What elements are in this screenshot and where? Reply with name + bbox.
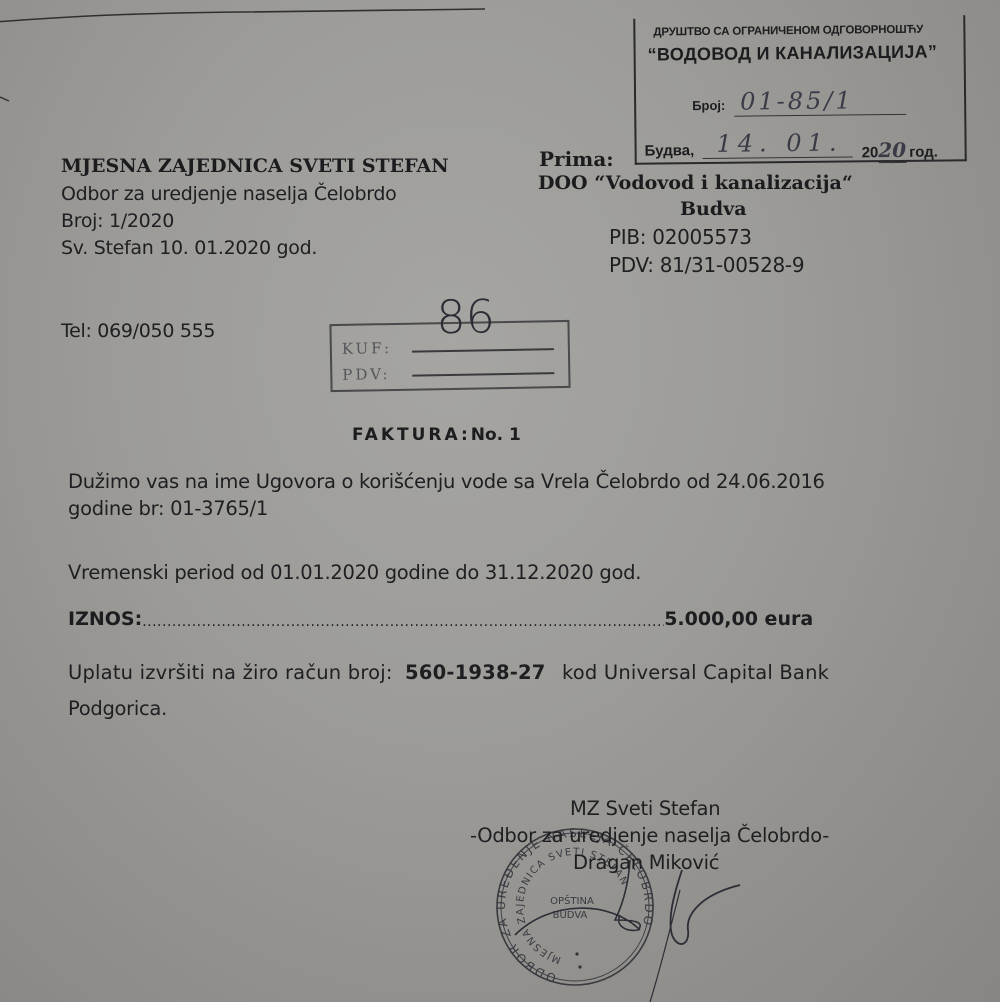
invoice-amount-row: IZNOS:..................................…: [68, 608, 813, 630]
stamp-year-unit: год.: [909, 144, 938, 161]
recipient-city: Budva: [680, 198, 747, 220]
sender-committee: Odbor za uredjenje naselja Čelobrdo: [61, 183, 397, 205]
sender-number: Broj: 1/2020: [61, 210, 174, 232]
stamp-place-label: Будва,: [645, 142, 695, 160]
kuf-label: KUF:: [342, 339, 393, 358]
invoice-title: FAKTURA:No. 1: [352, 425, 521, 445]
amount-dot-leader: ........................................…: [142, 614, 664, 630]
account-number: 560-1938-27: [405, 661, 546, 684]
payment-line: Uplatu izvršiti na žiro račun broj: 560-…: [68, 661, 829, 684]
stamp-year: 2020год.: [862, 138, 938, 163]
pdv-label: PDV:: [342, 365, 391, 384]
stamp-date-value: 14. 01.: [716, 129, 842, 158]
invoice-period: Vremenski period od 01.01.2020 godine do…: [68, 561, 641, 584]
recipient-name: DOO “Vodovod i kanalizacija“: [538, 172, 853, 194]
recipient-pib: PIB: 02005573: [609, 225, 752, 249]
kuf-underline: [412, 348, 554, 352]
sender-phone: Tel: 069/050 555: [61, 320, 215, 342]
pdv-underline: [412, 372, 554, 376]
payment-prefix: Uplatu izvršiti na žiro račun broj:: [68, 661, 393, 684]
kuf-value: 86: [436, 289, 495, 344]
payment-suffix: kod Universal Capital Bank: [562, 661, 829, 684]
stamp-year-suffix: 20: [878, 138, 906, 163]
signature-line1: MZ Sveti Stefan: [570, 797, 720, 820]
stamp-number-value: 01-85/1: [740, 86, 854, 115]
paper-mark: [0, 95, 12, 105]
payment-city: Podgorica.: [68, 697, 167, 720]
stamp-company-name: “ВОДОВОД И КАНАЛИЗАЦИЈА”: [648, 42, 938, 66]
sender-place-date: Sv. Stefan 10. 01.2020 god.: [61, 237, 317, 259]
amount-label: IZNOS:: [68, 608, 142, 630]
received-stamp: ДРУШТВО СА ОГРАНИЧЕНОМ ОДГОВОРНОШЋУ “ВОД…: [633, 15, 967, 164]
recipient-pdv: PDV: 81/31-00528-9: [609, 253, 804, 277]
handwritten-signature: [590, 860, 760, 1002]
seal-center-line1: OPŠTINA: [550, 894, 594, 907]
invoice-title-label: FAKTURA:: [352, 425, 471, 445]
sender-organization: MJESNA ZAJEDNICA SVETI STEFAN: [61, 155, 449, 177]
paper-fold-line: [0, 8, 495, 22]
invoice-number: No. 1: [471, 425, 521, 445]
signature-line2: -Odbor za uredjenje naselja Čelobrdo-: [470, 824, 829, 847]
invoice-body-line2: godine br: 01-3765/1: [68, 497, 268, 520]
recipient-label: Prima:: [539, 147, 614, 171]
invoice-body-line1: Dužimo vas na ime Ugovora o korišćenju v…: [68, 470, 825, 493]
amount-value: 5.000,00 eura: [664, 608, 813, 630]
kuf-stamp: KUF: PDV: 86: [329, 320, 570, 392]
stamp-company-type: ДРУШТВО СА ОГРАНИЧЕНОМ ОДГОВОРНОШЋУ: [653, 24, 923, 39]
stamp-number-label: Број:: [692, 98, 725, 113]
stamp-year-prefix: 20: [862, 144, 879, 161]
